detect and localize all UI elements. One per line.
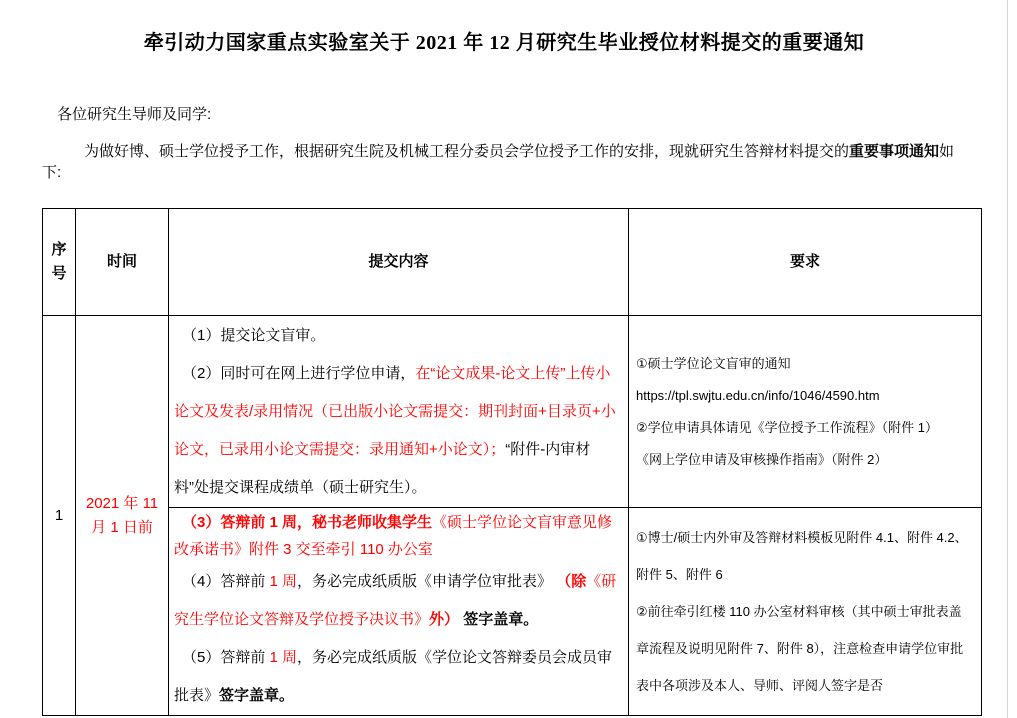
header-col-requirement: 要求: [629, 209, 982, 316]
submission-schedule-table: 序号 时间 提交内容 要求 1 2021 年 11 月 1 日前 （1）提交论文…: [42, 208, 982, 716]
text-segment: 签字盖章。: [459, 611, 538, 628]
text-segment: 重要事项通知: [849, 143, 939, 160]
header-col-index: 序号: [43, 209, 76, 316]
paragraph: （3）答辩前 1 周，秘书老师收集学生《硕士学位论文盲审意见修改承诺书》附件 3…: [174, 509, 623, 563]
text-segment: ，务必完成纸质版《申请学位审批表》: [297, 573, 556, 590]
text-segment: 外）: [429, 611, 459, 628]
header-col-content: 提交内容: [169, 209, 629, 316]
paragraph: ①硕士学位论文盲审的通知: [636, 348, 974, 380]
text-segment: （2）同时可在网上进行学位申请，: [182, 365, 415, 382]
time-line: 2021 年 11: [78, 492, 166, 516]
text-segment: （除: [556, 573, 586, 590]
table-row: 1 2021 年 11 月 1 日前 （1）提交论文盲审。（2）同时可在网上进行…: [43, 316, 982, 508]
paragraph: ②学位申请具体请见《学位授予工作流程》（附件 1）: [636, 412, 974, 444]
header-col-time: 时间: [76, 209, 169, 316]
requirement-cell-top: ①硕士学位论文盲审的通知https://tpl.swjtu.edu.cn/inf…: [629, 316, 982, 508]
table-header-row: 序号 时间 提交内容 要求: [43, 209, 982, 316]
text-segment: 1 周: [270, 649, 298, 666]
intro-paragraph: 为做好博、硕士学位授予工作，根据研究生院及机械工程分委员会学位授予工作的安排，现…: [42, 140, 972, 182]
table-row: （3）答辩前 1 周，秘书老师收集学生《硕士学位论文盲审意见修改承诺书》附件 3…: [43, 508, 982, 716]
text-segment: （3）答辩前 1 周，秘书老师收集学生: [182, 514, 432, 531]
paragraph: （1）提交论文盲审。: [174, 317, 623, 355]
paragraph: ①博士/硕士内外审及答辩材料模板见附件 4.1、附件 4.2、附件 5、附件 6: [636, 519, 974, 593]
row-time-cell: 2021 年 11 月 1 日前: [76, 316, 169, 716]
page-right-edge: [1007, 0, 1008, 718]
greeting-line: 各位研究生导师及同学:: [57, 103, 211, 124]
time-line: 月 1 日前: [78, 516, 166, 540]
text-segment: 为做好博、硕士学位授予工作，根据研究生院及机械工程分委员会学位授予工作的安排，现…: [84, 143, 849, 160]
paragraph: （4）答辩前 1 周，务必完成纸质版《申请学位审批表》 （除《研究生学位论文答辩…: [174, 563, 623, 639]
paragraph: （2）同时可在网上进行学位申请，在“论文成果-论文上传”上传小论文及发表/录用情…: [174, 355, 623, 507]
text-segment: （4）答辩前: [182, 573, 270, 590]
paragraph: https://tpl.swjtu.edu.cn/info/1046/4590.…: [636, 380, 974, 412]
content-cell-top: （1）提交论文盲审。（2）同时可在网上进行学位申请，在“论文成果-论文上传”上传…: [169, 316, 629, 508]
text-segment: 1 周: [270, 573, 298, 590]
content-cell-bottom: （3）答辩前 1 周，秘书老师收集学生《硕士学位论文盲审意见修改承诺书》附件 3…: [169, 508, 629, 716]
text-segment: （1）提交论文盲审。: [182, 327, 325, 344]
paragraph: （5）答辩前 1 周，务必完成纸质版《学位论文答辩委员会成员审批表》签字盖章。: [174, 639, 623, 715]
requirement-cell-bottom: ①博士/硕士内外审及答辩材料模板见附件 4.1、附件 4.2、附件 5、附件 6…: [629, 508, 982, 716]
row-index-cell: 1: [43, 316, 76, 716]
text-segment: （5）答辩前: [182, 649, 270, 666]
paragraph: ②前往牵引红楼 110 办公室材料审核（其中硕士审批表盖章流程及说明见附件 7、…: [636, 593, 974, 704]
document-title: 牵引动力国家重点实验室关于 2021 年 12 月研究生毕业授位材料提交的重要通…: [0, 26, 1008, 55]
paragraph: 《网上学位申请及审核操作指南》（附件 2）: [636, 444, 974, 476]
text-segment: 签字盖章。: [219, 687, 294, 704]
